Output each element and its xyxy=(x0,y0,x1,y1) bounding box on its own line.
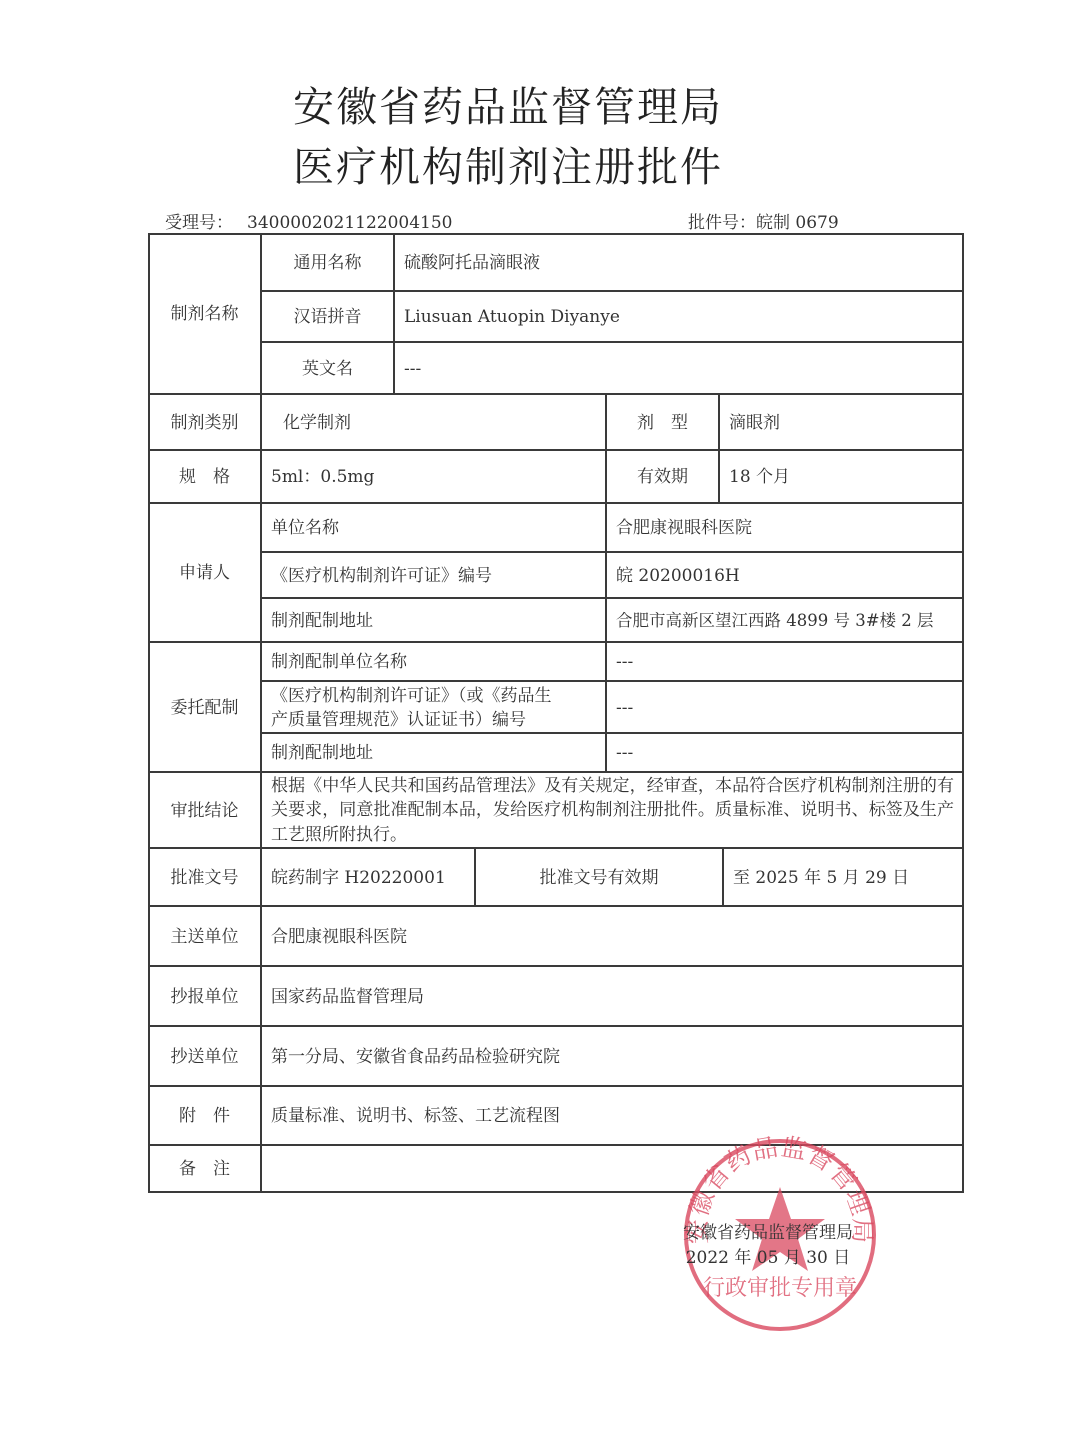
entrusted-address-label: 制剂配制地址 xyxy=(261,734,605,772)
applicant-license-value: 皖 20200016H xyxy=(606,553,962,598)
main-recipient-label: 主送单位 xyxy=(148,907,261,966)
dosage-form-label: 剂 型 xyxy=(606,395,719,450)
conclusion-text: 根据《中华人民共和国药品管理法》及有关规定，经审查，本品符合医疗机构制剂注册的有… xyxy=(261,773,962,848)
issue-date: 2022 年 05 月 30 日 xyxy=(658,1243,878,1268)
remarks-value xyxy=(261,1146,962,1192)
generic-name-label: 通用名称 xyxy=(261,235,394,291)
main-recipient-value: 合肥康视眼科医院 xyxy=(261,907,962,966)
entrusted-cert-value: --- xyxy=(606,682,962,733)
approval-validity-label: 批准文号有效期 xyxy=(475,849,723,906)
entrusted-unit-label: 制剂配制单位名称 xyxy=(261,643,605,681)
entrusted-unit-value: --- xyxy=(606,643,962,681)
specification-value: 5ml：0.5mg xyxy=(261,451,605,503)
approval-number-value: 皖药制字 H20220001 xyxy=(261,849,475,906)
validity-label: 有效期 xyxy=(606,451,719,503)
english-name-label: 英文名 xyxy=(261,343,394,394)
approval-doc-number: 批件号：皖制 0679 xyxy=(688,208,839,233)
acceptance-number: 受理号：340000202112200415­0 xyxy=(165,208,453,233)
approval-validity-value: 至 2025 年 5 月 29 日 xyxy=(723,849,962,906)
dosage-form-value: 滴眼剂 xyxy=(719,395,962,450)
preparation-name-label: 制剂名称 xyxy=(148,235,261,393)
english-name-value: --- xyxy=(394,343,962,394)
report-copy-value: 国家药品监督管理局 xyxy=(261,967,962,1026)
applicant-unit-label: 单位名称 xyxy=(261,504,605,552)
attachments-label: 附 件 xyxy=(148,1087,261,1145)
attachments-value: 质量标准、说明书、标签、工艺流程图 xyxy=(261,1087,962,1145)
applicant-license-label: 《医疗机构制剂许可证》编号 xyxy=(261,553,605,598)
entrusted-cert-label-line1: 《医疗机构制剂许可证》（或《药品生 xyxy=(271,684,552,708)
applicant-unit-value: 合肥康视眼科医院 xyxy=(606,504,962,552)
entrusted-cert-label-line2: 产质量管理规范》认证证书）编号 xyxy=(271,708,526,732)
entrusted-cert-label: 《医疗机构制剂许可证》（或《药品生 产质量管理规范》认证证书）编号 xyxy=(261,682,605,733)
table-border-right xyxy=(962,233,964,1193)
applicant-label: 申请人 xyxy=(148,504,261,642)
category-value: 化学制剂 xyxy=(261,395,605,450)
specification-label: 规 格 xyxy=(148,451,261,503)
applicant-address-label: 制剂配制地址 xyxy=(261,599,605,642)
report-copy-label: 抄报单位 xyxy=(148,967,261,1026)
approval-doc-value: 皖制 0679 xyxy=(756,213,839,233)
remarks-label: 备 注 xyxy=(148,1146,261,1192)
conclusion-label: 审批结论 xyxy=(148,773,261,848)
applicant-address-value: 合肥市高新区望江西路 4899 号 3#楼 2 层 xyxy=(606,599,962,642)
approval-number-label: 批准文号 xyxy=(148,849,261,906)
approval-doc-label: 批件号： xyxy=(688,213,756,233)
authority-title: 安徽省药品监督管理局 xyxy=(0,74,1016,133)
validity-value: 18 个月 xyxy=(719,451,962,503)
send-copy-value: 第一分局、安徽省食品药品检验研究院 xyxy=(261,1027,962,1086)
category-label: 制剂类别 xyxy=(148,395,261,450)
pinyin-label: 汉语拼音 xyxy=(261,292,394,342)
entrusted-address-value: --- xyxy=(606,734,962,772)
svg-text:行政审批专用章: 行政审批专用章 xyxy=(703,1276,857,1301)
issuing-authority: 安徽省药品监督管理局 xyxy=(658,1218,878,1243)
send-copy-label: 抄送单位 xyxy=(148,1027,261,1086)
pinyin-value: Liusuan Atuopin Diyanye xyxy=(394,292,962,342)
acceptance-label: 受理号： xyxy=(165,213,233,233)
acceptance-value: 340000202112200415­0 xyxy=(247,213,453,233)
document-title: 医疗机构制剂注册批件 xyxy=(0,134,1016,193)
entrusted-label: 委托配制 xyxy=(148,643,261,772)
generic-name-value: 硫酸阿托品滴眼液 xyxy=(394,235,962,291)
